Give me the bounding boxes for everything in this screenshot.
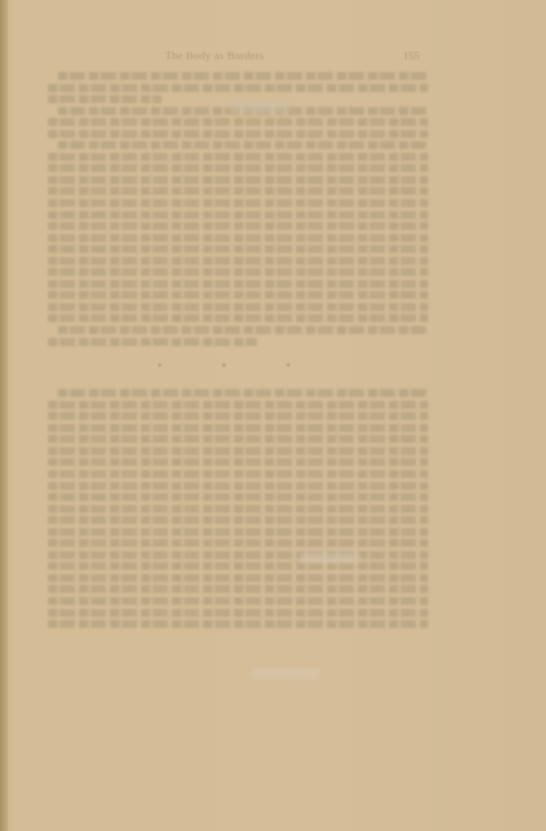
text-line bbox=[48, 528, 428, 536]
paragraph bbox=[48, 389, 428, 628]
page-header: The Body as Borders 155 bbox=[0, 50, 546, 64]
text-line bbox=[48, 153, 428, 161]
text-line bbox=[48, 539, 428, 547]
paper-stain bbox=[230, 100, 290, 114]
text-line bbox=[48, 257, 428, 265]
text-line bbox=[48, 505, 428, 513]
text-line bbox=[48, 470, 428, 478]
text-line bbox=[48, 551, 428, 559]
text-line bbox=[48, 609, 428, 617]
paragraph bbox=[48, 72, 428, 103]
paper-stain bbox=[250, 668, 320, 680]
text-line bbox=[48, 447, 428, 455]
text-line bbox=[48, 562, 428, 570]
section-break: * * * bbox=[48, 361, 428, 377]
text-line bbox=[48, 597, 428, 605]
text-line bbox=[58, 326, 428, 334]
paper-stain bbox=[300, 553, 360, 563]
text-line bbox=[48, 280, 428, 288]
text-line bbox=[58, 72, 428, 80]
page-gutter bbox=[0, 0, 8, 831]
text-line bbox=[48, 620, 428, 628]
text-line bbox=[48, 118, 428, 126]
text-line bbox=[48, 401, 428, 409]
page-body: * * * bbox=[48, 72, 428, 632]
running-title: The Body as Borders bbox=[165, 50, 264, 62]
text-line bbox=[48, 245, 428, 253]
text-line bbox=[48, 211, 428, 219]
text-line bbox=[48, 222, 428, 230]
text-line bbox=[48, 482, 428, 490]
scanned-page: The Body as Borders 155 * * * bbox=[0, 0, 546, 831]
page-number: 155 bbox=[403, 50, 420, 62]
text-line bbox=[48, 435, 428, 443]
text-line bbox=[48, 176, 428, 184]
text-line bbox=[48, 412, 428, 420]
text-line bbox=[48, 585, 428, 593]
text-line bbox=[48, 268, 428, 276]
text-line bbox=[58, 389, 428, 397]
paragraph bbox=[48, 141, 428, 322]
text-line bbox=[48, 314, 428, 322]
text-line bbox=[48, 291, 428, 299]
text-line bbox=[48, 164, 428, 172]
text-line bbox=[48, 458, 428, 466]
text-line bbox=[48, 187, 428, 195]
text-line bbox=[48, 574, 428, 582]
text-line bbox=[48, 84, 428, 92]
text-line bbox=[48, 95, 162, 103]
text-line bbox=[48, 130, 428, 138]
text-line bbox=[48, 199, 428, 207]
text-line bbox=[48, 424, 428, 432]
paragraph bbox=[48, 326, 428, 346]
text-line bbox=[48, 516, 428, 524]
text-line bbox=[58, 141, 428, 149]
text-line bbox=[48, 234, 428, 242]
text-line bbox=[48, 338, 257, 346]
text-line bbox=[48, 303, 428, 311]
text-line bbox=[48, 493, 428, 501]
